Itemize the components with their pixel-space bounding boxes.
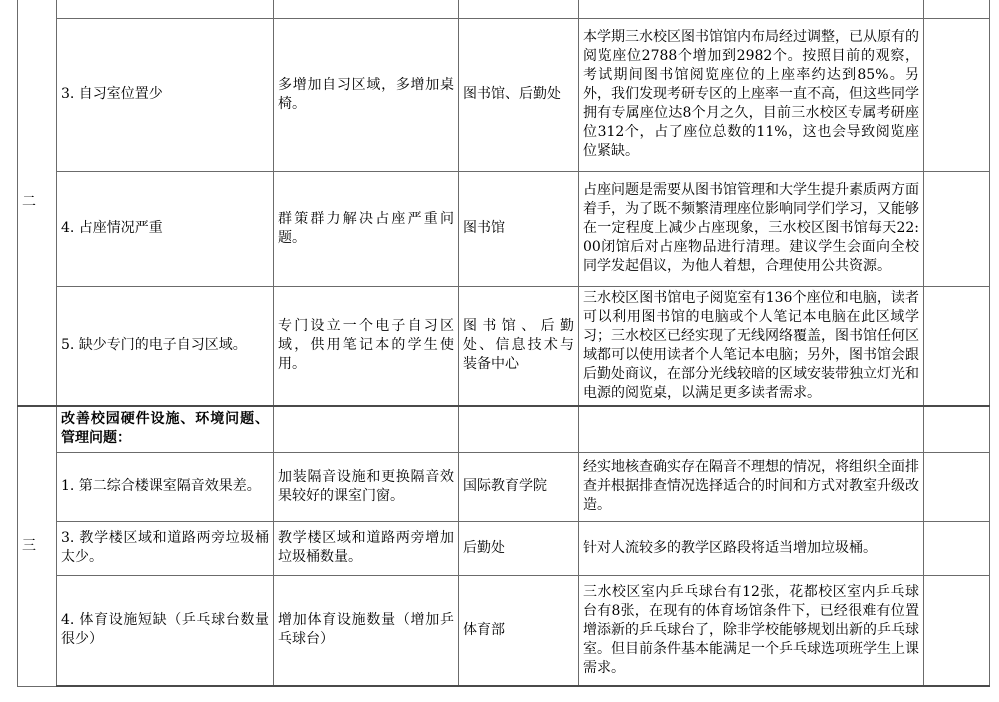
spare-cell [924, 18, 990, 171]
table-row: 1. 第二综合楼课室隔音效果差。 加装隔音设施和更换隔音效果较好的课室门窗。 国… [18, 452, 990, 521]
table-row: 3. 教学楼区域和道路两旁垃圾桶太少。 教学楼区域和道路两旁增加垃圾桶数量。 后… [18, 521, 990, 575]
department-cell [459, 0, 579, 18]
problem-cell: 4. 体育设施短缺（乒乓球台数量很少） [57, 575, 274, 686]
table-row: 5. 缺少专门的电子自习区域。 专门设立一个电子自习区域，供用笔记本的学生使用。… [18, 286, 990, 406]
suggestion-cell: 教学楼区域和道路两旁增加垃圾桶数量。 [274, 521, 459, 575]
problem-cell: 4. 占座情况严重 [57, 171, 274, 286]
response-cell [579, 0, 924, 18]
problem-cell: 3. 教学楼区域和道路两旁垃圾桶太少。 [57, 521, 274, 575]
suggestion-cell: 群策群力解决占座严重问题。 [274, 171, 459, 286]
department-cell [459, 406, 579, 452]
spare-cell [924, 406, 990, 452]
response-cell: 三水校区图书馆电子阅览室有136个座位和电脑，读者可以利用图书馆的电脑或个人笔记… [579, 286, 924, 406]
spare-cell [924, 286, 990, 406]
response-cell: 三水校区室内乒乓球台有12张，花都校区室内乒乓球台有8张，在现有的体育场馆条件下… [579, 575, 924, 686]
spare-cell [924, 521, 990, 575]
table-row-partial: 二 [18, 0, 990, 18]
spare-cell [924, 171, 990, 286]
suggestion-cell: 加装隔音设施和更换隔音效果较好的课室门窗。 [274, 452, 459, 521]
suggestion-cell [274, 406, 459, 452]
response-cell: 经实地核查确实存在隔音不理想的情况，将组织全面排查并根据排查情况选择适合的时间和… [579, 452, 924, 521]
department-cell: 后勤处 [459, 521, 579, 575]
response-cell: 占座问题是需要从图书馆管理和大学生提升素质两方面着手，为了既不频繁清理座位影响同… [579, 171, 924, 286]
section-header-cell: 改善校园硬件设施、环境问题、管理问题： [57, 406, 274, 452]
section-header-row: 三 改善校园硬件设施、环境问题、管理问题： [18, 406, 990, 452]
problem-cell: 3. 自习室位置少 [57, 18, 274, 171]
suggestion-cell: 多增加自习区域，多增加桌椅。 [274, 18, 459, 171]
feedback-table: 二 3. 自习室位置少 多增加自习区域，多增加桌椅。 图书馆、后勤处 本学期三水… [17, 0, 990, 687]
table-row: 4. 占座情况严重 群策群力解决占座严重问题。 图书馆 占座问题是需要从图书馆管… [18, 171, 990, 286]
department-cell: 图书馆、后勤处 [459, 18, 579, 171]
suggestion-cell [274, 0, 459, 18]
document-page: 二 3. 自习室位置少 多增加自习区域，多增加桌椅。 图书馆、后勤处 本学期三水… [0, 0, 999, 702]
response-cell: 针对人流较多的教学区路段将适当增加垃圾桶。 [579, 521, 924, 575]
table-row: 4. 体育设施短缺（乒乓球台数量很少） 增加体育设施数量（增加乒乓球台） 体育部… [18, 575, 990, 686]
department-cell: 图书馆、后勤处、信息技术与装备中心 [459, 286, 579, 406]
department-cell: 图书馆 [459, 171, 579, 286]
suggestion-cell: 增加体育设施数量（增加乒乓球台） [274, 575, 459, 686]
spare-cell [924, 0, 990, 18]
suggestion-cell: 专门设立一个电子自习区域，供用笔记本的学生使用。 [274, 286, 459, 406]
group-label-cell-2: 二 [18, 0, 57, 406]
spare-cell [924, 452, 990, 521]
response-cell: 本学期三水校区图书馆馆内布局经过调整，已从原有的阅览座位2788个增加到2982… [579, 18, 924, 171]
group-label-cell-3: 三 [18, 406, 57, 686]
response-cell [579, 406, 924, 452]
department-cell: 国际教育学院 [459, 452, 579, 521]
department-cell: 体育部 [459, 575, 579, 686]
problem-cell [57, 0, 274, 18]
spare-cell [924, 575, 990, 686]
table-row: 3. 自习室位置少 多增加自习区域，多增加桌椅。 图书馆、后勤处 本学期三水校区… [18, 18, 990, 171]
problem-cell: 5. 缺少专门的电子自习区域。 [57, 286, 274, 406]
problem-cell: 1. 第二综合楼课室隔音效果差。 [57, 452, 274, 521]
